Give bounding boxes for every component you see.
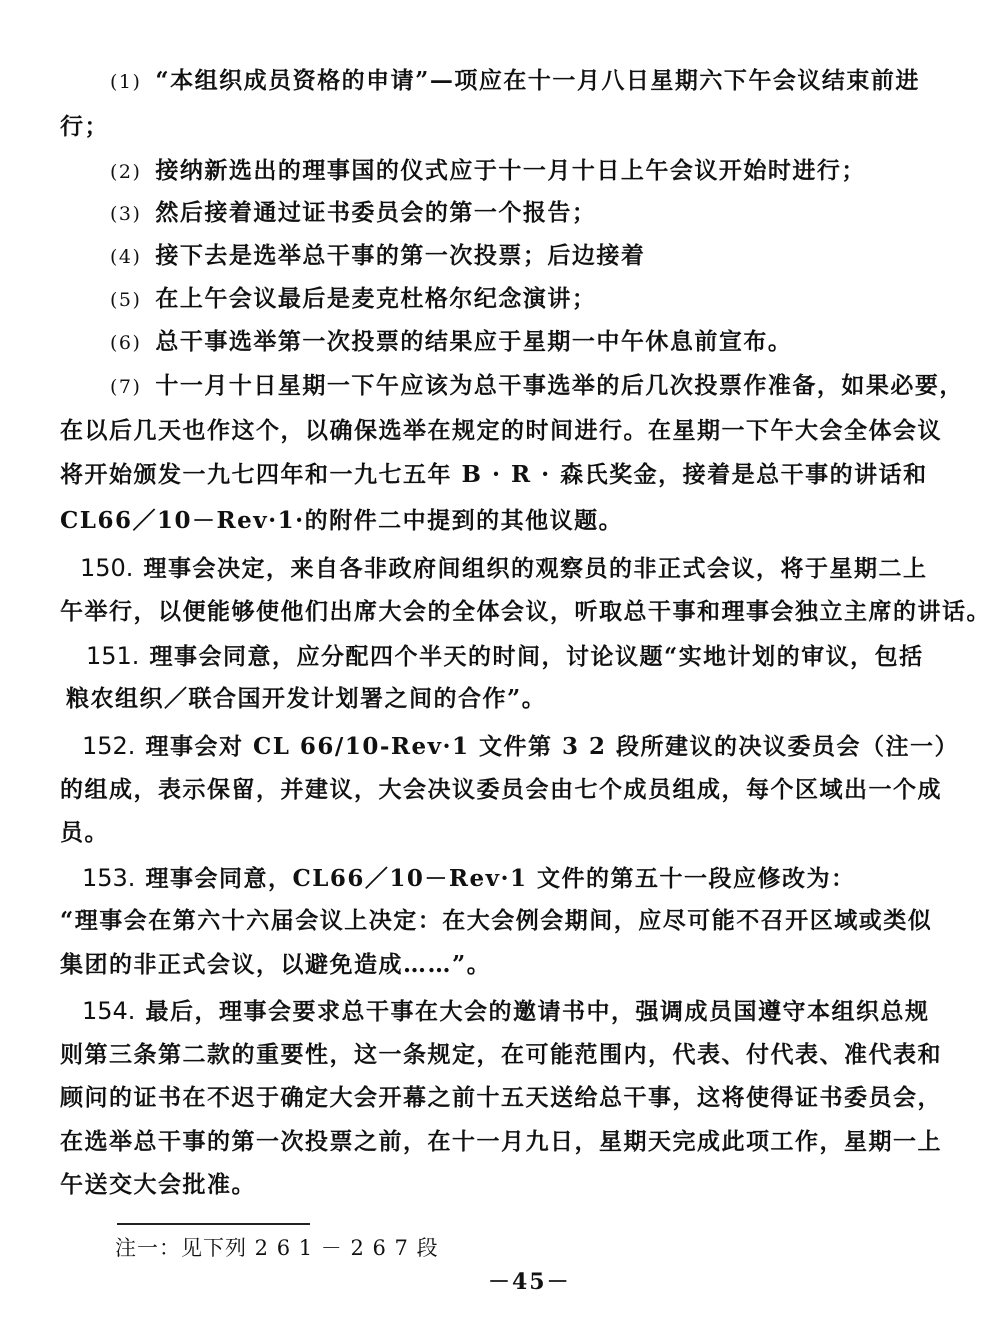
paragraph-154-line-2: 则第三条第二款的重要性，这一条规定，在可能范围内，代表、付代表、准代表和 [60,1040,960,1070]
paragraph-153-line-3: 集团的非正式会议，以避免造成……”。 [60,950,960,980]
paragraph-152-line-2: 的组成，表示保留，并建议，大会决议委员会由七个成员组成，每个区域出一个成 [60,775,960,805]
paragraph-text: 理事会决定，来自各非政府间组织的观察员的非正式会议，将于星期二上 [143,555,927,582]
footnote-separator [117,1223,310,1225]
paragraph-154-line-1: 154.最后，理事会要求总干事在大会的邀请书中，强调成员国遵守本组织总规 [82,996,982,1027]
item-text: 总干事选举第一次投票的结果应于星期一中午休息前宣布。 [155,328,792,355]
item-1-line-1: (1)“本组织成员资格的申请”—项应在十一月八日星期六下午会议结束前进 [110,66,1000,97]
paragraph-number: 154. [82,996,135,1026]
item-7-line-3: 将开始颁发一九七四年和一九七五年 B · R · 森氏奖金，接着是总干事的讲话和 [60,460,960,490]
paragraph-text: 最后，理事会要求总干事在大会的邀请书中，强调成员国遵守本组织总规 [145,998,929,1025]
item-text: 在上午会议最后是麦克杜格尔纪念演讲； [155,285,596,312]
item-number: (5) [110,285,141,315]
paragraph-number: 152. [82,731,135,761]
item-number: (1) [110,67,141,97]
item-text: “本组织成员资格的申请”—项应在十一月八日星期六下午会议结束前进 [155,67,919,94]
item-number: (2) [110,157,141,187]
item-7-line-2: 在以后几天也作这个，以确保选举在规定的时间进行。在星期一下午大会全体会议 [60,416,960,446]
item-number: (3) [110,199,141,229]
item-text: 接下去是选举总干事的第一次投票；后边接着 [155,242,645,269]
paragraph-153-line-2: “理事会在第六十六届会议上决定：在大会例会期间，应尽可能不召开区域或类似 [60,906,960,936]
paragraph-152-line-3: 员。 [60,818,960,848]
footnote: 注一：见下列 2 6 1 － 2 6 7 段 [115,1234,439,1262]
item-4: (4)接下去是选举总干事的第一次投票；后边接着 [110,241,1000,272]
paragraph-154-line-4: 在选举总干事的第一次投票之前，在十一月九日，星期天完成此项工作，星期一上 [60,1127,960,1157]
paragraph-number: 153. [82,863,135,893]
item-text: 接纳新选出的理事国的仪式应于十一月十日上午会议开始时进行； [155,157,866,184]
paragraph-150-line-1: 150.理事会决定，来自各非政府间组织的观察员的非正式会议，将于星期二上 [80,553,980,584]
item-text: 十一月十日星期一下午应该为总干事选举的后几次投票作准备，如果必要， [155,372,964,399]
item-number: (4) [110,242,141,272]
item-number: (6) [110,328,141,358]
paragraph-151-line-2: 粮农组织／联合国开发计划署之间的合作”。 [66,684,966,714]
paragraph-number: 150. [80,553,133,583]
item-1-line-2: 行； [60,112,960,142]
paragraph-text: 理事会同意，CL66／10－Rev·1 文件的第五十一段应修改为： [145,865,855,892]
paragraph-151-line-1: 151.理事会同意，应分配四个半天的时间，讨论议题“实地计划的审议，包括 [86,641,986,672]
paragraph-150-line-2: 午举行，以便能够使他们出席大会的全体会议，听取总干事和理事会独立主席的讲话。 [60,597,960,627]
paragraph-text: 理事会同意，应分配四个半天的时间，讨论议题“实地计划的审议，包括 [149,643,923,670]
item-6: (6)总干事选举第一次投票的结果应于星期一中午休息前宣布。 [110,327,1000,358]
item-7-line-1: (7)十一月十日星期一下午应该为总干事选举的后几次投票作准备，如果必要， [110,371,1000,402]
paragraph-153-line-1: 153.理事会同意，CL66／10－Rev·1 文件的第五十一段应修改为： [82,863,982,894]
paragraph-154-line-5: 午送交大会批准。 [60,1170,960,1200]
paragraph-152-line-1: 152.理事会对 CL 66/10-Rev·1 文件第 3 2 段所建议的决议委… [82,731,982,762]
paragraph-number: 151. [86,641,139,671]
item-5: (5)在上午会议最后是麦克杜格尔纪念演讲； [110,284,1000,315]
item-text: 然后接着通过证书委员会的第一个报告； [155,199,596,226]
item-7-line-4: CL66／10－Rev·1·的附件二中提到的其他议题。 [60,506,960,536]
item-2: (2)接纳新选出的理事国的仪式应于十一月十日上午会议开始时进行； [110,156,1000,187]
page-number: －45－ [488,1268,571,1296]
paragraph-text: 理事会对 CL 66/10-Rev·1 文件第 3 2 段所建议的决议委员会（注… [145,733,959,760]
item-number: (7) [110,372,141,402]
item-3: (3)然后接着通过证书委员会的第一个报告； [110,198,1000,229]
document-page: (1)“本组织成员资格的申请”—项应在十一月八日星期六下午会议结束前进 行； (… [0,0,1000,1342]
paragraph-154-line-3: 顾问的证书在不迟于确定大会开幕之前十五天送给总干事，这将使得证书委员会， [60,1083,960,1113]
